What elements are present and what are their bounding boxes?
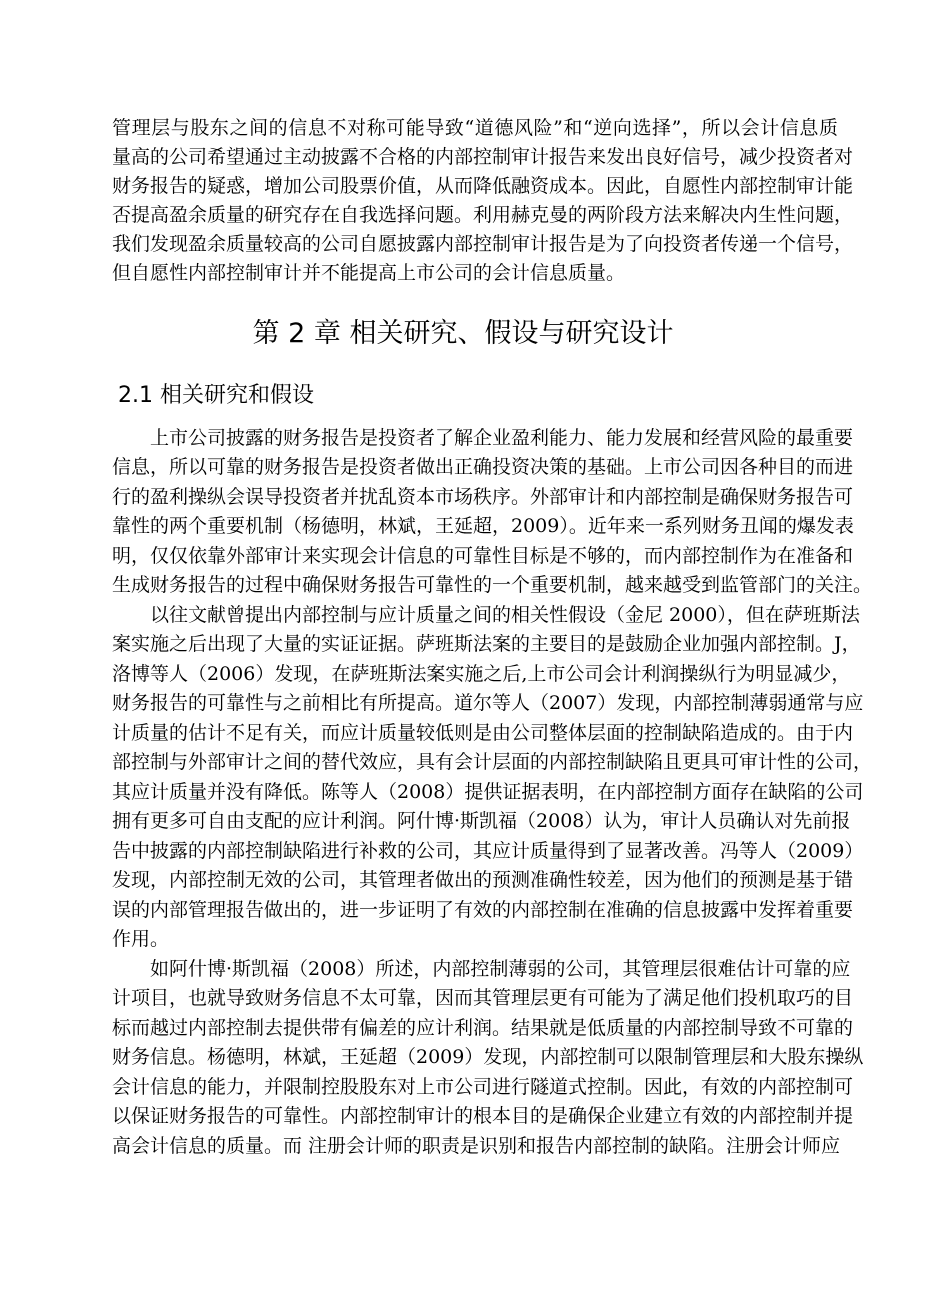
paragraph-line: 财务信息。杨德明，林斌，王延超（2009）发现，内部控制可以限制管理层和大股东操… [112, 1043, 838, 1072]
intro-line: 财务报告的疑惑，增加公司股票价值，从而降低融资成本。因此，自愿性内部控制审计能 [112, 172, 838, 201]
paragraph-line: 如阿什博·斯凯福（2008）所述，内部控制薄弱的公司，其管理层很难估计可靠的应 [150, 955, 838, 984]
paragraph-line: 标而越过内部控制去提供带有偏差的应计利润。结果就是低质量的内部控制导致不可靠的 [112, 1014, 838, 1043]
paragraph-line: 高会计信息的质量。而 注册会计师的职责是识别和报告内部控制的缺陷。注册会计师应 [112, 1132, 838, 1161]
paragraph-line: 发现，内部控制无效的公司，其管理者做出的预测准确性较差，因为他们的预测是基于错 [112, 866, 838, 895]
paragraph-line: 财务报告的可靠性与之前相比有所提高。道尔等人（2007）发现，内部控制薄弱通常与… [112, 689, 838, 718]
paragraph-line: 部控制与外部审计之间的替代效应，具有会计层面的内部控制缺陷且更具可审计性的公司， [112, 748, 838, 777]
document-page: 管理层与股东之间的信息不对称可能导致“道德风险”和“逆向选择”，所以会计信息质 … [0, 0, 926, 1309]
paragraph-line: 作用。 [112, 925, 838, 954]
intro-line: 否提高盈余质量的研究存在自我选择问题。利用赫克曼的两阶段方法来解决内生性问题， [112, 201, 838, 230]
paragraph-line: 明，仅仅依靠外部审计来实现会计信息的可靠性目标是不够的，而内部控制作为在准备和 [112, 542, 838, 571]
paragraph-line: 以往文献曾提出内部控制与应计质量之间的相关性假设（金尼 2000），但在萨班斯法 [150, 601, 838, 630]
paragraph-line: 上市公司披露的财务报告是投资者了解企业盈利能力、能力发展和经营风险的最重要 [150, 424, 838, 453]
paragraph-line: 其应计质量并没有降低。陈等人（2008）提供证据表明，在内部控制方面存在缺陷的公… [112, 778, 838, 807]
paragraph-line: 生成财务报告的过程中确保财务报告可靠性的一个重要机制，越来越受到监管部门的关注。 [112, 571, 838, 600]
intro-line: 量高的公司希望通过主动披露不合格的内部控制审计报告来发出良好信号，减少投资者对 [112, 143, 838, 172]
paragraph-line: 案实施之后出现了大量的实证证据。萨班斯法案的主要目的是鼓励企业加强内部控制。J， [112, 630, 838, 659]
paragraph-line: 信息，所以可靠的财务报告是投资者做出正确投资决策的基础。上市公司因各种目的而进 [112, 453, 838, 482]
intro-line: 管理层与股东之间的信息不对称可能导致“道德风险”和“逆向选择”，所以会计信息质 [112, 114, 838, 143]
intro-line: 我们发现盈余质量较高的公司自愿披露内部控制审计报告是为了向投资者传递一个信号， [112, 230, 838, 259]
section-title: 2.1 相关研究和假设 [118, 381, 314, 411]
chapter-title: 第 2 章 相关研究、假设与研究设计 [0, 316, 926, 352]
intro-line: 但自愿性内部控制审计并不能提高上市公司的会计信息质量。 [112, 259, 838, 288]
paragraph-line: 告中披露的内部控制缺陷进行补救的公司，其应计质量得到了显著改善。冯等人（2009… [112, 837, 838, 866]
paragraph-line: 以保证财务报告的可靠性。内部控制审计的根本目的是确保企业建立有效的内部控制并提 [112, 1102, 838, 1131]
paragraph-line: 计项目，也就导致财务信息不太可靠，因而其管理层更有可能为了满足他们投机取巧的目 [112, 984, 838, 1013]
paragraph-line: 计质量的估计不足有关，而应计质量较低则是由公司整体层面的控制缺陷造成的。由于内 [112, 719, 838, 748]
paragraph-line: 洛博等人（2006）发现，在萨班斯法案实施之后,上市公司会计利润操纵行为明显减少… [112, 660, 838, 689]
paragraph-line: 靠性的两个重要机制（杨德明，林斌，王延超，2009）。近年来一系列财务丑闻的爆发… [112, 512, 838, 541]
paragraph-line: 误的内部管理报告做出的，进一步证明了有效的内部控制在准确的信息披露中发挥着重要 [112, 896, 838, 925]
paragraph-line: 行的盈利操纵会误导投资者并扰乱资本市场秩序。外部审计和内部控制是确保财务报告可 [112, 483, 838, 512]
paragraph-line: 拥有更多可自由支配的应计利润。阿什博·斯凯福（2008）认为，审计人员确认对先前… [112, 807, 838, 836]
paragraph-line: 会计信息的能力，并限制控股股东对上市公司进行隧道式控制。因此，有效的内部控制可 [112, 1073, 838, 1102]
